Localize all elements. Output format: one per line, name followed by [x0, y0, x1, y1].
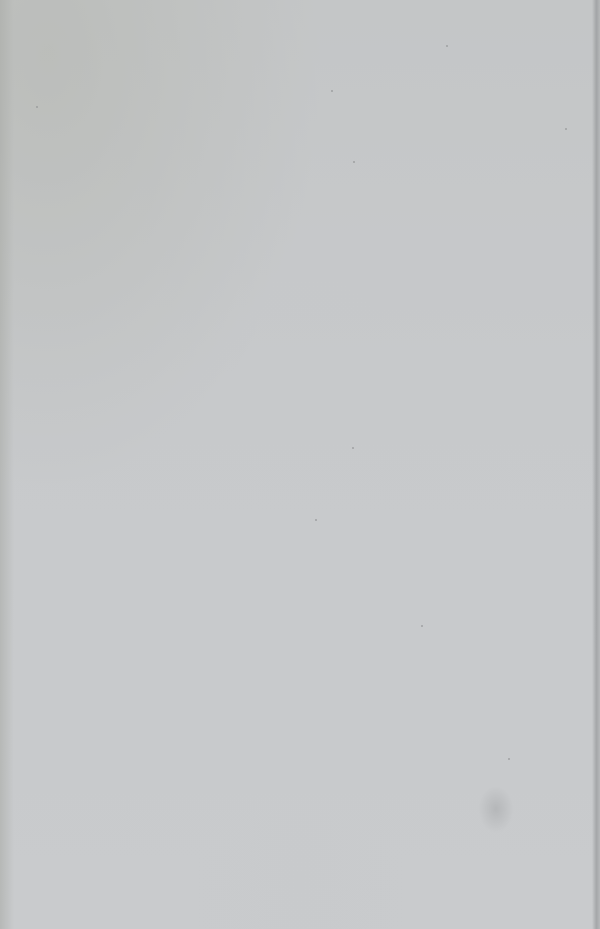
paper-speck	[565, 128, 567, 130]
blank-page	[0, 0, 600, 929]
page-binding-edge	[592, 0, 600, 929]
paper-speck	[421, 625, 423, 627]
paper-speck	[331, 90, 333, 92]
paper-speck	[353, 161, 355, 163]
page-left-shading	[0, 0, 14, 929]
paper-speck	[36, 106, 38, 108]
paper-speck	[446, 45, 448, 47]
paper-smudge	[478, 785, 514, 833]
paper-speck	[352, 447, 354, 449]
paper-speck	[315, 519, 317, 521]
paper-speck	[508, 758, 510, 760]
